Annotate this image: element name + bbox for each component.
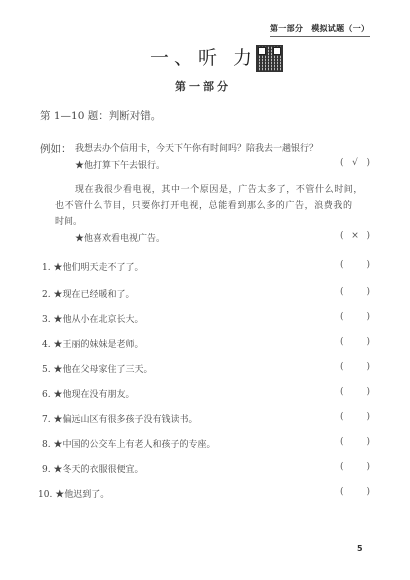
item-number: 1.: [42, 263, 51, 273]
answer-field[interactable]: (): [340, 462, 370, 472]
example2-passage-line3: 时间。: [55, 214, 82, 227]
item-number: 8.: [42, 440, 51, 450]
item-statement: ★他从小在北京长大。: [53, 315, 143, 325]
item-number: 2.: [42, 290, 51, 300]
example1-statement: ★他打算下午去银行。: [75, 158, 165, 171]
question-item: 9. ★冬天的衣服很便宜。: [42, 462, 143, 475]
answer-field[interactable]: (): [340, 312, 370, 322]
cross-mark: ×: [344, 231, 367, 241]
item-number: 4.: [42, 340, 51, 350]
section-title: 一、听 力: [150, 43, 257, 70]
answer-field[interactable]: (): [340, 362, 370, 372]
item-number: 5.: [42, 365, 51, 375]
answer-mark[interactable]: [344, 337, 367, 347]
example2-statement: ★他喜欢看电视广告。: [75, 231, 165, 244]
item-statement: ★冬天的衣服很便宜。: [53, 465, 143, 475]
running-header: 第一部分模拟试题（一）: [270, 23, 370, 37]
item-statement: ★他在父母家住了三天。: [53, 365, 152, 375]
example1-passage: 我想去办个信用卡，今天下午你有时间吗？陪我去一趟银行？: [75, 141, 318, 154]
item-number: 10.: [38, 490, 52, 500]
answer-mark[interactable]: [344, 412, 367, 422]
answer-mark[interactable]: [344, 260, 367, 270]
example2-passage-line2: 也不管什么节目，只要你打开电视，总能看到那么多的广告，浪费我的: [55, 198, 353, 211]
answer-mark[interactable]: [344, 312, 367, 322]
answer-mark[interactable]: [344, 387, 367, 397]
answer-mark[interactable]: [344, 462, 367, 472]
answer-mark[interactable]: [344, 362, 367, 372]
question-item: 3. ★他从小在北京长大。: [42, 312, 143, 325]
header-exam: 模拟试题（一）: [311, 24, 369, 33]
example2-passage-line1: 现在我很少看电视，其中一个原因是，广告太多了，不管什么时间，: [75, 182, 363, 195]
header-part: 第一部分: [270, 24, 303, 33]
question-item: 10. ★他迟到了。: [38, 487, 109, 500]
question-item: 1. ★他们明天走不了了。: [42, 260, 143, 273]
answer-field[interactable]: (): [340, 260, 370, 270]
item-statement: ★现在已经暖和了。: [53, 290, 134, 300]
example-label: 例如：: [40, 141, 72, 156]
item-number: 7.: [42, 415, 51, 425]
part-subtitle: 第一部分: [175, 78, 231, 94]
answer-mark[interactable]: [344, 487, 367, 497]
item-statement: ★他们明天走不了了。: [53, 263, 143, 273]
question-item: 8. ★中国的公交车上有老人和孩子的专座。: [42, 437, 215, 450]
example1-answer: ( √ ): [340, 158, 370, 168]
item-statement: ★中国的公交车上有老人和孩子的专座。: [53, 440, 215, 450]
item-statement: ★偏远山区有很多孩子没有钱读书。: [53, 415, 197, 425]
item-statement: ★他迟到了。: [55, 490, 109, 500]
item-number: 6.: [42, 390, 51, 400]
answer-mark[interactable]: [344, 287, 367, 297]
answer-mark[interactable]: [344, 437, 367, 447]
check-mark: √: [344, 158, 367, 168]
question-item: 7. ★偏远山区有很多孩子没有钱读书。: [42, 412, 197, 425]
qr-code-icon[interactable]: [256, 45, 283, 72]
answer-field[interactable]: (): [340, 437, 370, 447]
answer-field[interactable]: (): [340, 337, 370, 347]
instruction: 第 1—10 题：判断对错。: [40, 108, 161, 123]
item-number: 3.: [42, 315, 51, 325]
answer-field[interactable]: (): [340, 487, 370, 497]
item-statement: ★他现在没有朋友。: [53, 390, 134, 400]
item-number: 9.: [42, 465, 51, 475]
example2-answer: ( × ): [340, 231, 370, 241]
question-item: 4. ★王丽的妹妹是老师。: [42, 337, 143, 350]
question-item: 6. ★他现在没有朋友。: [42, 387, 134, 400]
answer-field[interactable]: (): [340, 387, 370, 397]
answer-field[interactable]: (): [340, 412, 370, 422]
page-number: 5: [357, 544, 363, 553]
item-statement: ★王丽的妹妹是老师。: [53, 340, 143, 350]
question-item: 2. ★现在已经暖和了。: [42, 287, 134, 300]
answer-field[interactable]: (): [340, 287, 370, 297]
question-item: 5. ★他在父母家住了三天。: [42, 362, 152, 375]
